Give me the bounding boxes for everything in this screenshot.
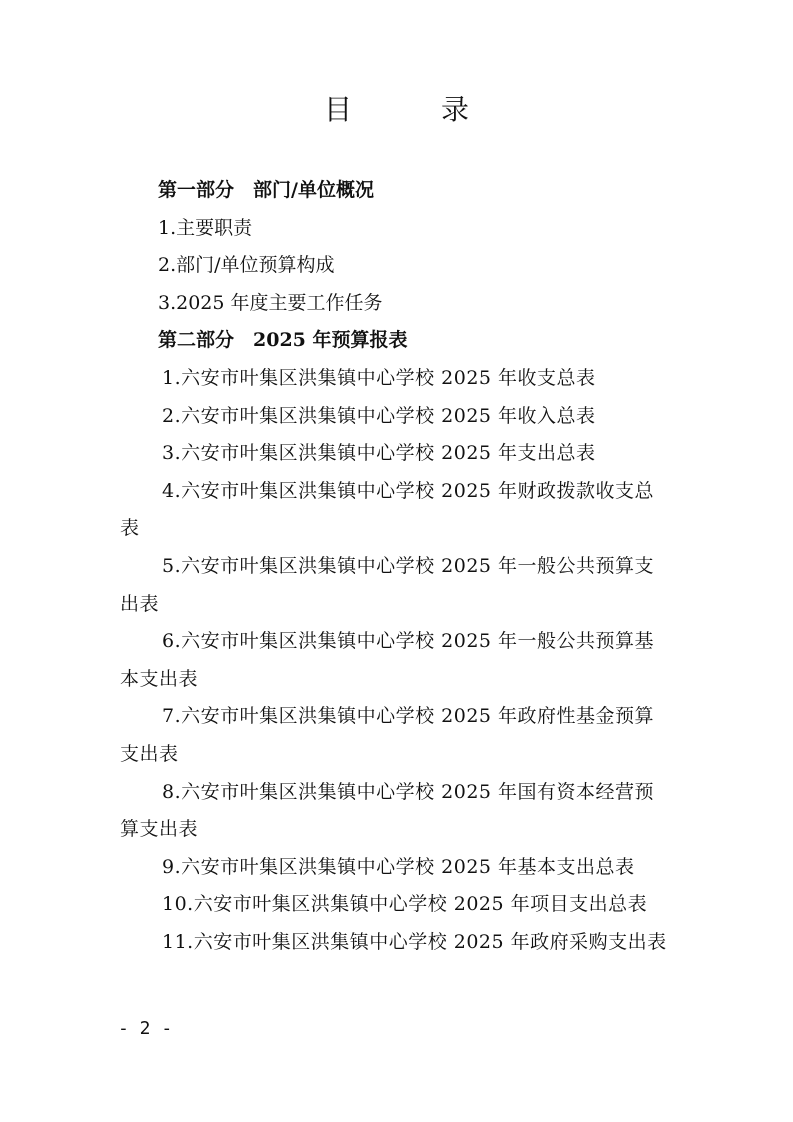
toc-entry[interactable]: 10.六安市叶集区洪集镇中心学校 2025 年项目支出总表 xyxy=(120,886,672,924)
toc-entry[interactable]: 9.六安市叶集区洪集镇中心学校 2025 年基本支出总表 xyxy=(120,849,672,887)
page-number: - 2 - xyxy=(118,1018,172,1039)
toc-entry[interactable]: 1.主要职责 xyxy=(120,210,672,248)
toc-entry[interactable]: 8.六安市叶集区洪集镇中心学校 2025 年国有资本经营预算支出表 xyxy=(120,774,672,849)
table-of-contents: 第一部分 部门/单位概况 1.主要职责 2.部门/单位预算构成 3.2025 年… xyxy=(120,172,672,961)
page-title: 目 录 xyxy=(0,88,793,128)
toc-entry[interactable]: 2.六安市叶集区洪集镇中心学校 2025 年收入总表 xyxy=(120,398,672,436)
section-heading-part1[interactable]: 第一部分 部门/单位概况 xyxy=(120,172,672,210)
toc-entry[interactable]: 2.部门/单位预算构成 xyxy=(120,247,672,285)
toc-entry[interactable]: 4.六安市叶集区洪集镇中心学校 2025 年财政拨款收支总表 xyxy=(120,473,672,548)
toc-entry[interactable]: 3.六安市叶集区洪集镇中心学校 2025 年支出总表 xyxy=(120,435,672,473)
toc-entry[interactable]: 11.六安市叶集区洪集镇中心学校 2025 年政府采购支出表 xyxy=(120,924,672,962)
toc-entry[interactable]: 7.六安市叶集区洪集镇中心学校 2025 年政府性基金预算支出表 xyxy=(120,698,672,773)
section-heading-part2[interactable]: 第二部分 2025 年预算报表 xyxy=(120,322,672,360)
toc-entry[interactable]: 3.2025 年度主要工作任务 xyxy=(120,285,672,323)
toc-entry[interactable]: 1.六安市叶集区洪集镇中心学校 2025 年收支总表 xyxy=(120,360,672,398)
toc-entry[interactable]: 5.六安市叶集区洪集镇中心学校 2025 年一般公共预算支出表 xyxy=(120,548,672,623)
toc-entry[interactable]: 6.六安市叶集区洪集镇中心学校 2025 年一般公共预算基本支出表 xyxy=(120,623,672,698)
